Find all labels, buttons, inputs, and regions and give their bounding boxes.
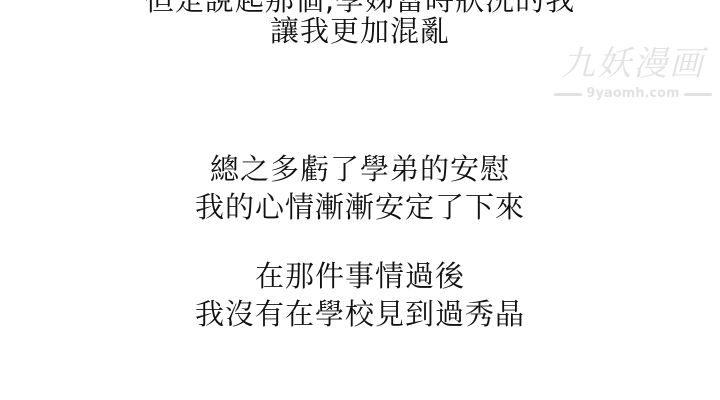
comic-panel: 但是說起那個,學姊當時狀況的我 讓我更加混亂 總之多虧了學弟的安慰 我的心情漸漸… xyxy=(0,0,720,400)
dialogue-line: 我的心情漸漸安定了下來 xyxy=(0,190,720,224)
watermark-rule-left xyxy=(554,93,582,96)
dialogue-line: 讓我更加混亂 xyxy=(0,14,720,48)
dialogue-line: 我沒有在學校見到過秀晶 xyxy=(0,297,720,331)
watermark-url: 9yaomh.com xyxy=(586,86,679,102)
watermark-rule-right xyxy=(684,93,712,96)
watermark: 九妖漫画 9yaomh.com xyxy=(548,44,718,108)
dialogue-line: 總之多虧了學弟的安慰 xyxy=(0,152,720,186)
watermark-title: 九妖漫画 xyxy=(548,44,718,84)
watermark-url-row: 9yaomh.com xyxy=(548,86,718,102)
dialogue-line: 在那件事情過後 xyxy=(0,259,720,293)
